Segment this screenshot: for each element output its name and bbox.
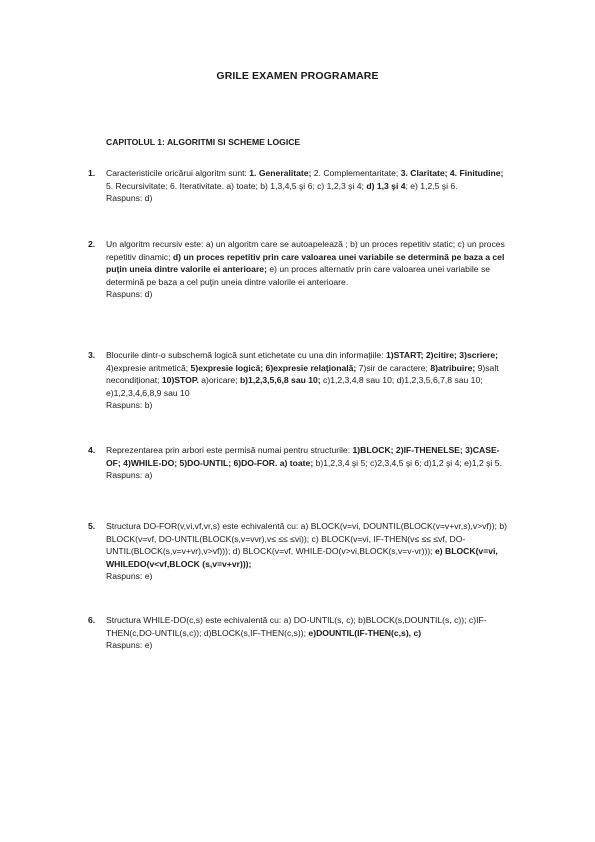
bold-text: b)1,2,3,5,6,8 sau 10; (240, 375, 321, 385)
question-3: 3. Blocurile dintr-o subschemă logică su… (88, 349, 508, 412)
chapter-heading: CAPITOLUL 1: ALGORITMI SI SCHEME LOGICE (106, 137, 300, 147)
question-text: Structura DO-FOR(v,vi,vf,vr,s) este echi… (106, 520, 508, 570)
question-answer: Raspuns: d) (106, 192, 508, 205)
question-1: 1. Caracteristicile oricărui algoritm su… (88, 167, 508, 205)
question-number: 5. (88, 520, 95, 533)
question-answer: Raspuns: b) (106, 399, 508, 412)
bold-text: 3. Claritate; 4. Finitudine; (401, 168, 504, 178)
bold-text: d) 1,3 şi 4 (366, 181, 405, 191)
question-answer: Raspuns: d) (106, 288, 508, 301)
text: Structura WHILE-DO(c,s) este echivalentă… (106, 615, 487, 638)
text: 2. Complementaritate; (311, 168, 400, 178)
bold-text: 8)atribuire; (430, 363, 475, 373)
text: a)oricare; (199, 375, 240, 385)
question-text: Structura WHILE-DO(c,s) este echivalentă… (106, 614, 508, 639)
bold-text: 5)expresie logică; 6)expresie relaţional… (191, 363, 357, 373)
question-4: 4. Reprezentarea prin arbori este permis… (88, 444, 508, 482)
document-title: GRILE EXAMEN PROGRAMARE (0, 70, 595, 82)
bold-text: e)DOUNTIL(IF-THEN(c,s), c) (308, 628, 421, 638)
question-text: Caracteristicile oricărui algoritm sunt:… (106, 167, 508, 192)
bold-text: 1)START; 2)citire; 3)scriere; (386, 350, 498, 360)
text: 5. Recursivitate; 6. Iterativitate. a) t… (106, 181, 366, 191)
question-text: Reprezentarea prin arbori este permisă n… (106, 444, 508, 469)
question-2: 2. Un algoritm recursiv este: a) un algo… (88, 238, 508, 301)
text: Blocurile dintr-o subschemă logică sunt … (106, 350, 386, 360)
text: ; e) 1,2,5 şi 6. (406, 181, 458, 191)
question-number: 3. (88, 349, 95, 362)
question-5: 5. Structura DO-FOR(v,vi,vf,vr,s) este e… (88, 520, 508, 583)
text: 7)sir de caractere; (356, 363, 430, 373)
bold-text: 10)STOP. (162, 375, 199, 385)
text: 4)expresie aritmetică; (106, 363, 191, 373)
question-6: 6. Structura WHILE-DO(c,s) este echivale… (88, 614, 508, 652)
bold-text: 1. Generalitate; (249, 168, 311, 178)
question-answer: Raspuns: e) (106, 639, 508, 652)
question-number: 6. (88, 614, 95, 627)
question-answer: Raspuns: a) (106, 469, 508, 482)
text: Reprezentarea prin arbori este permisă n… (106, 445, 352, 455)
question-number: 1. (88, 167, 95, 180)
question-number: 4. (88, 444, 95, 457)
question-number: 2. (88, 238, 95, 251)
question-text: Un algoritm recursiv este: a) un algorit… (106, 238, 508, 288)
text: Caracteristicile oricărui algoritm sunt: (106, 168, 249, 178)
text: b)1,2,3,4 şi 5; c)2,3,4,5 şi 6; d)1,2 şi… (313, 458, 502, 468)
question-answer: Raspuns: e) (106, 570, 508, 583)
question-text: Blocurile dintr-o subschemă logică sunt … (106, 349, 508, 399)
